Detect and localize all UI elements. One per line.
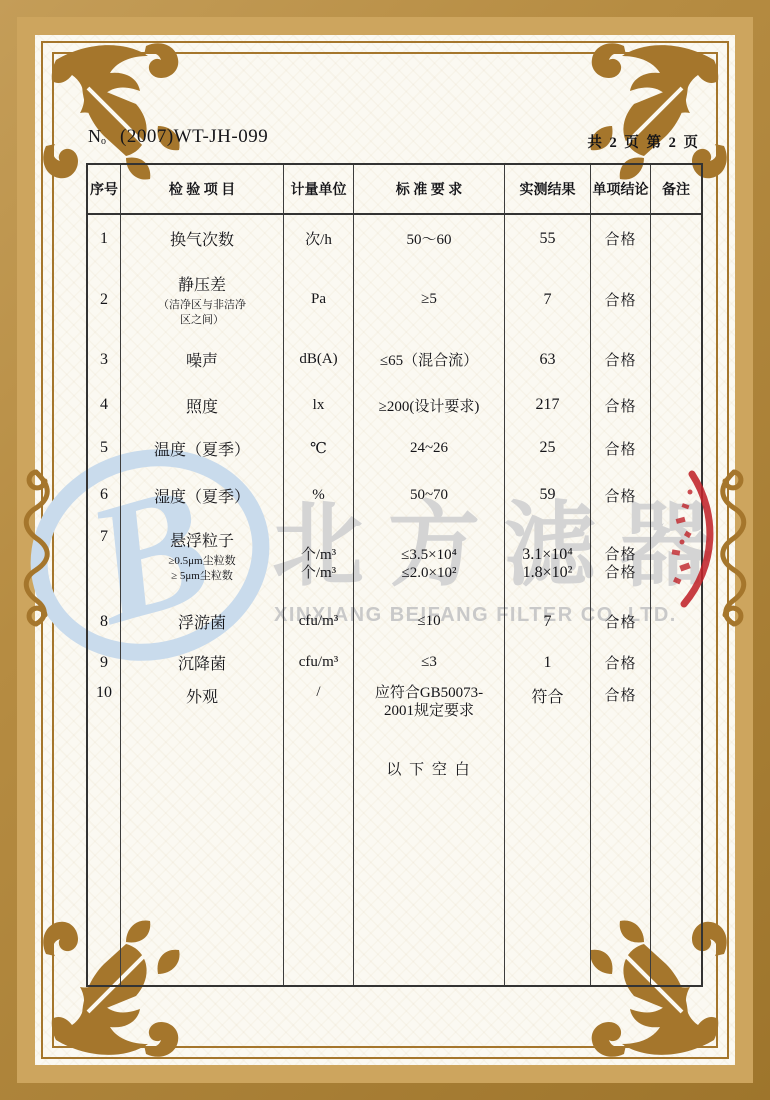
cell-no: 3 <box>88 337 121 382</box>
item-label: 悬浮粒子 <box>170 528 234 551</box>
cell-result: 55 <box>505 215 591 262</box>
cell-unit: cfu/m³ <box>284 600 354 643</box>
red-seal-icon <box>652 466 736 612</box>
cell-result: 25 <box>505 428 591 468</box>
cell-result: 7 <box>505 600 591 643</box>
cell-remark <box>651 682 701 752</box>
cell-standard: ≥200(设计要求) <box>354 382 505 428</box>
cell-conclusion: 合格 <box>591 382 651 428</box>
cell-remark <box>651 643 701 682</box>
cell-item: 温度（夏季） <box>121 428 284 468</box>
cell-blank <box>651 752 701 985</box>
cell-unit: dB(A) <box>284 337 354 382</box>
cell-item: 静压差 （洁净区与非洁净 区之间） <box>121 262 284 337</box>
cell-standard: 24~26 <box>354 428 505 468</box>
cell-no: 7 <box>88 522 121 600</box>
cell-item: 浮游菌 <box>121 600 284 643</box>
cell-blank <box>121 752 284 985</box>
cell-no: 9 <box>88 643 121 682</box>
cell-no: 8 <box>88 600 121 643</box>
cell-blank <box>284 752 354 985</box>
cell-unit: % <box>284 468 354 522</box>
standard-line-2: ≤2.0×10² <box>402 564 457 582</box>
cell-no: 2 <box>88 262 121 337</box>
item-subnote-1: ≥0.5μm尘粒数 <box>168 554 235 569</box>
no-symbol: No <box>88 126 106 147</box>
cell-remark <box>651 215 701 262</box>
cell-result: 59 <box>505 468 591 522</box>
cell-item: 照度 <box>121 382 284 428</box>
cell-unit: Pa <box>284 262 354 337</box>
cell-result: 3.1×10⁴ 1.8×10² <box>505 522 591 600</box>
item-label: 静压差 <box>178 272 226 295</box>
cell-blank <box>591 752 651 985</box>
cell-conclusion: 合格 合格 <box>591 522 651 600</box>
cell-conclusion: 合格 <box>591 215 651 262</box>
cell-unit: ℃ <box>284 428 354 468</box>
cell-remark <box>651 337 701 382</box>
page-counter: 共 2 页 第 2 页 <box>587 131 700 152</box>
cell-result: 63 <box>505 337 591 382</box>
conclusion-line-2: 合格 <box>604 564 636 582</box>
cell-standard: ≤3 <box>354 643 505 682</box>
cell-standard: ≥5 <box>354 262 505 337</box>
cell-conclusion: 合格 <box>591 682 651 752</box>
header-item: 检 验 项 目 <box>121 165 284 215</box>
cell-standard: 50～60 <box>354 215 505 262</box>
cell-remark <box>651 428 701 468</box>
item-subnote: （洁净区与非洁净 区之间） <box>158 298 246 328</box>
cell-standard: 50~70 <box>354 468 505 522</box>
header-result: 实测结果 <box>505 165 591 215</box>
unit-line-2: 个/m³ <box>301 564 336 582</box>
cell-no: 5 <box>88 428 121 468</box>
cell-conclusion: 合格 <box>591 337 651 382</box>
unit-line-1: 个/m³ <box>301 546 336 564</box>
certificate-page: B 北方滤器 XINXIANG BEIFANG FILTER CO.,LTD. … <box>0 0 770 1100</box>
report-number-value: (2007)WT-JH-099 <box>120 126 268 148</box>
result-line-1: 3.1×10⁴ <box>522 546 573 564</box>
cell-result: 217 <box>505 382 591 428</box>
cell-item: 沉降菌 <box>121 643 284 682</box>
standard-line-1: ≤3.5×10⁴ <box>401 546 457 564</box>
cell-unit: 次/h <box>284 215 354 262</box>
cell-standard: ≤65（混合流） <box>354 337 505 382</box>
cell-standard: 应符合GB50073- 2001规定要求 <box>354 682 505 752</box>
cell-item: 换气次数 <box>121 215 284 262</box>
header-conclusion: 单项结论 <box>591 165 651 215</box>
cell-no: 6 <box>88 468 121 522</box>
header-unit: 计量单位 <box>284 165 354 215</box>
cell-conclusion: 合格 <box>591 600 651 643</box>
cell-remark <box>651 262 701 337</box>
result-line-2: 1.8×10² <box>523 564 573 582</box>
report-number: No (2007)WT-JH-099 <box>88 126 268 148</box>
cell-conclusion: 合格 <box>591 428 651 468</box>
cell-unit: lx <box>284 382 354 428</box>
cell-item: 外观 <box>121 682 284 752</box>
cell-no: 1 <box>88 215 121 262</box>
header-seq: 序号 <box>88 165 121 215</box>
item-subnote-2: ≥ 5μm尘粒数 <box>171 569 233 584</box>
cell-conclusion: 合格 <box>591 468 651 522</box>
cell-remark <box>651 382 701 428</box>
cell-conclusion: 合格 <box>591 262 651 337</box>
cell-unit: cfu/m³ <box>284 643 354 682</box>
header-standard: 标 准 要 求 <box>354 165 505 215</box>
cell-no: 4 <box>88 382 121 428</box>
cell-result: 1 <box>505 643 591 682</box>
cell-item: 悬浮粒子 ≥0.5μm尘粒数 ≥ 5μm尘粒数 <box>121 522 284 600</box>
cell-standard: ≤10 <box>354 600 505 643</box>
conclusion-line-1: 合格 <box>604 546 636 564</box>
cell-result: 符合 <box>505 682 591 752</box>
cell-item: 噪声 <box>121 337 284 382</box>
cell-unit: 个/m³ 个/m³ <box>284 522 354 600</box>
cell-standard: ≤3.5×10⁴ ≤2.0×10² <box>354 522 505 600</box>
blank-below-note: 以 下 空 白 <box>354 752 505 985</box>
cell-conclusion: 合格 <box>591 643 651 682</box>
cell-no: 10 <box>88 682 121 752</box>
cell-unit: / <box>284 682 354 752</box>
cell-item: 湿度（夏季） <box>121 468 284 522</box>
inspection-table: 序号 检 验 项 目 计量单位 标 准 要 求 实测结果 单项结论 备注 1 换… <box>86 163 703 987</box>
cell-blank <box>505 752 591 985</box>
cell-blank <box>88 752 121 985</box>
header-remark: 备注 <box>651 165 701 215</box>
cell-result: 7 <box>505 262 591 337</box>
